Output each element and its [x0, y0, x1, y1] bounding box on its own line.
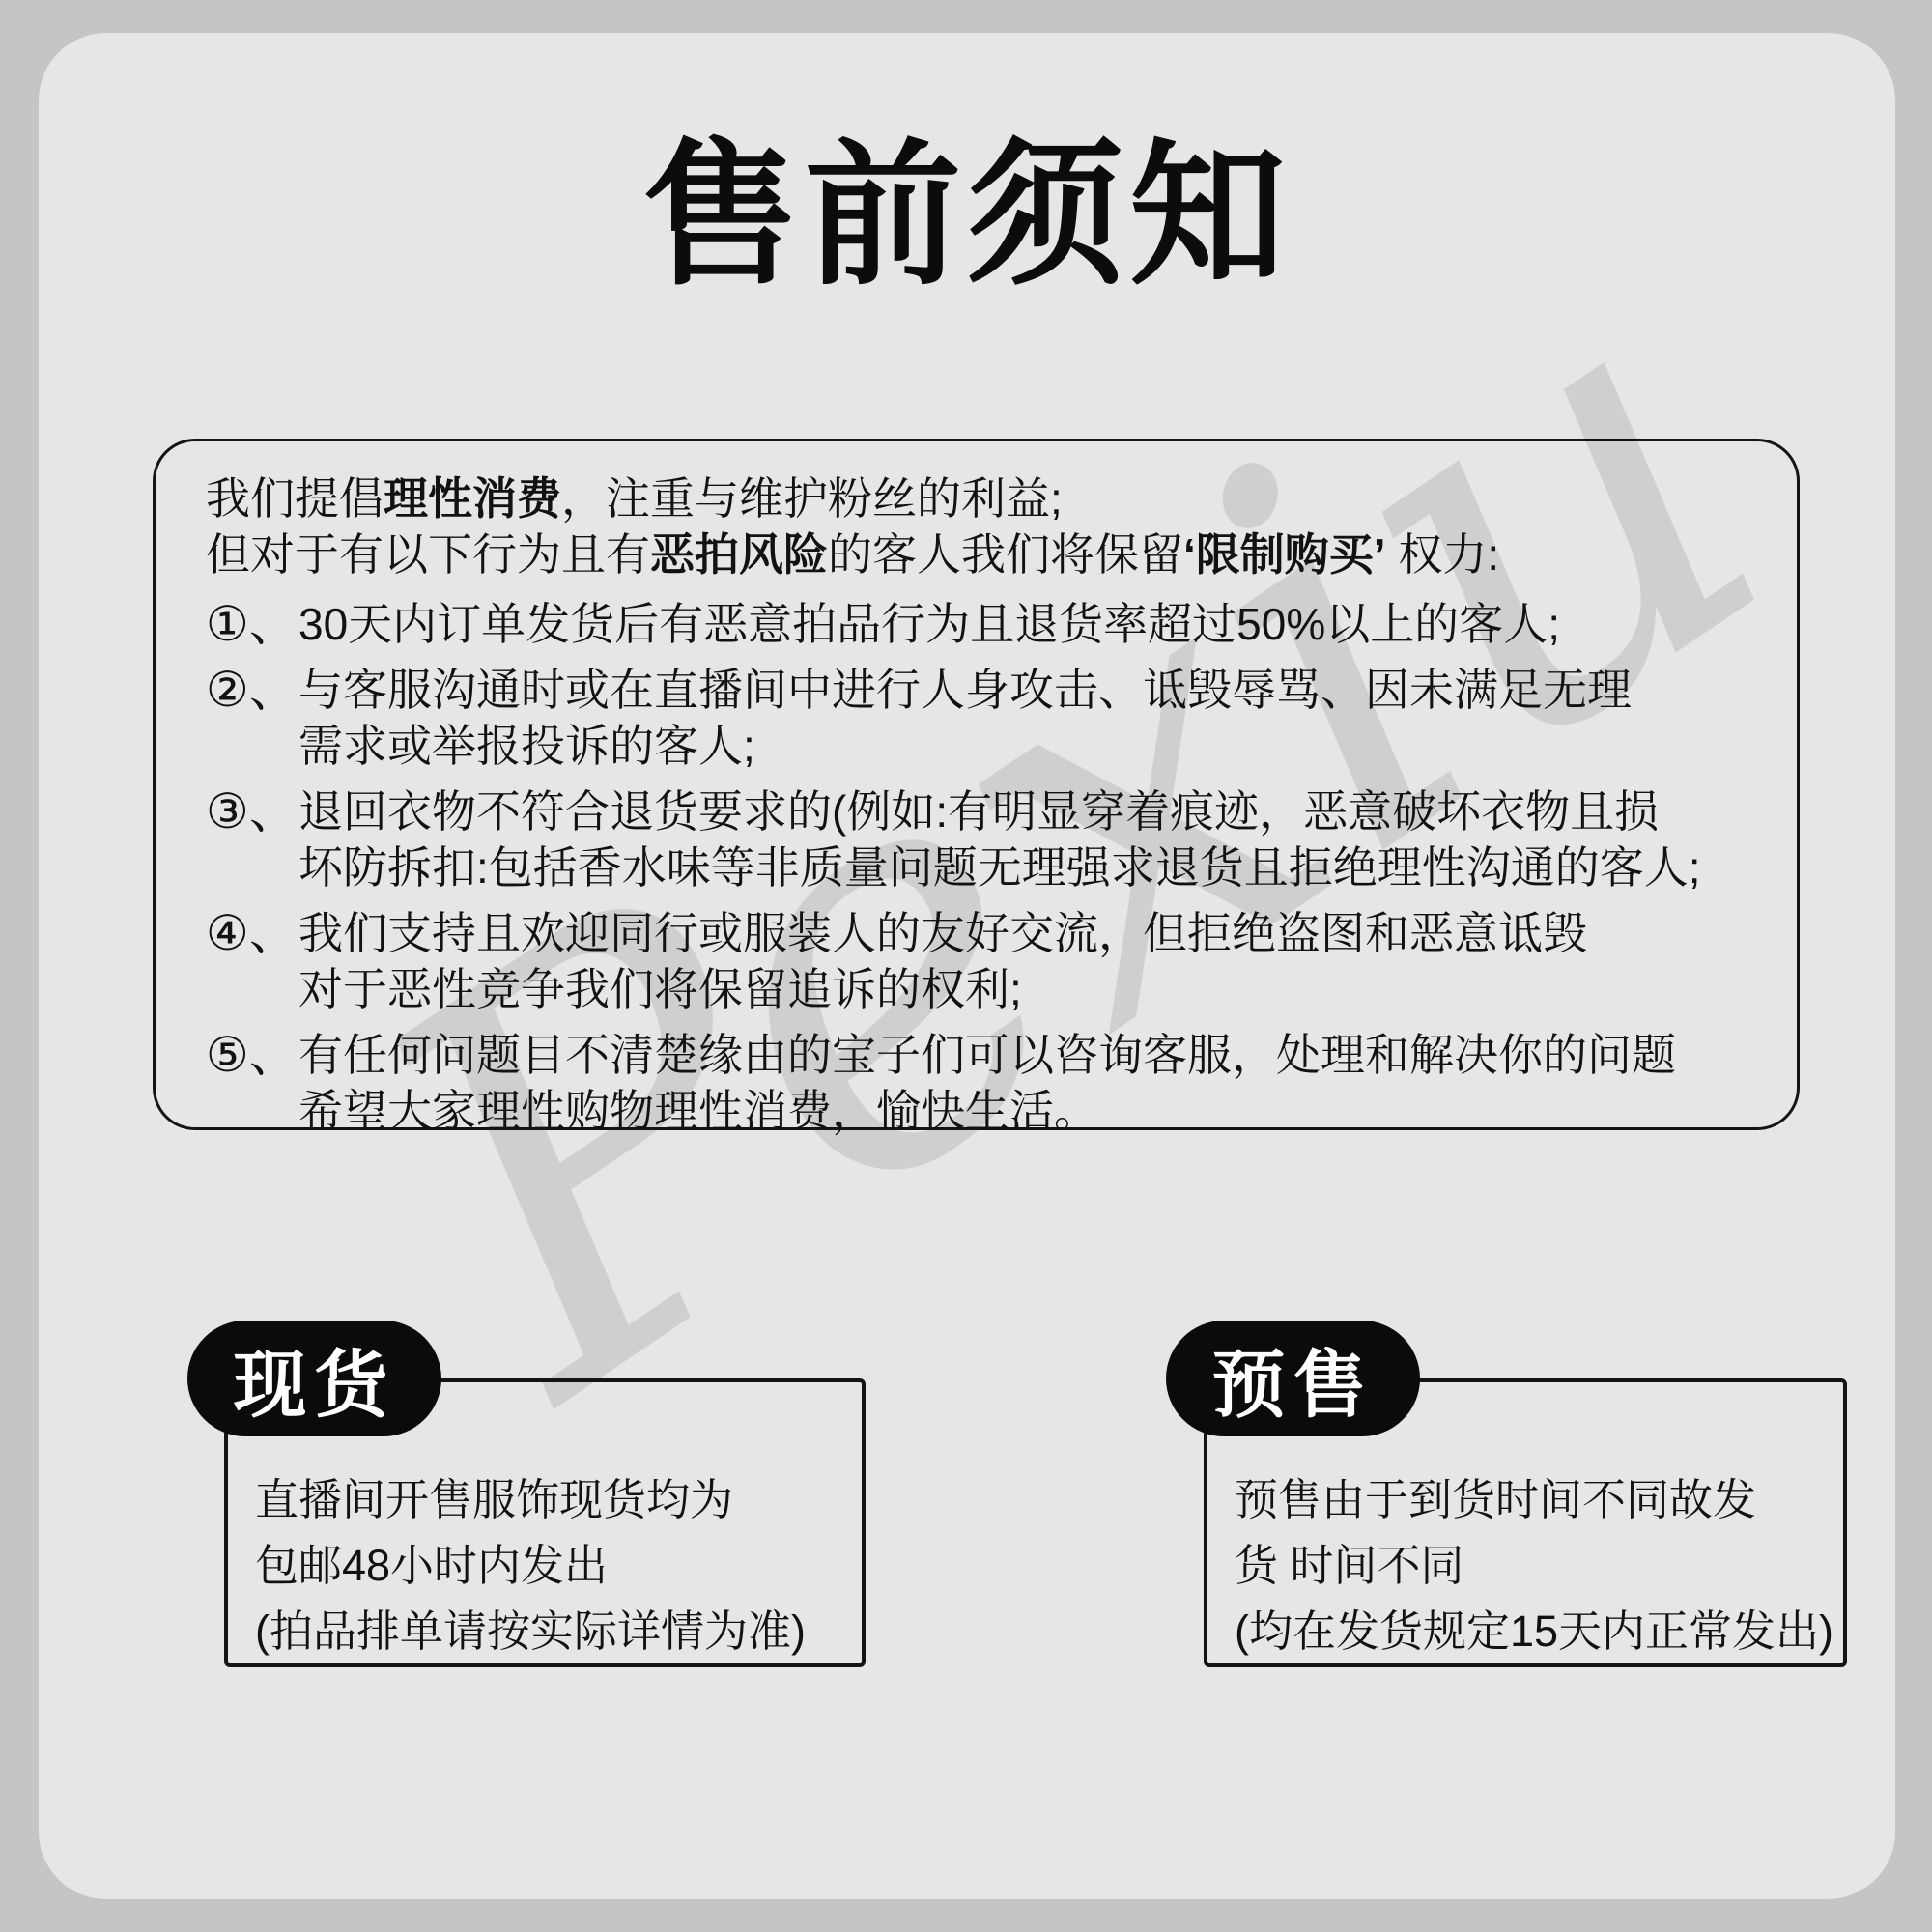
item-line: 坏防拆扣:包括香水味等非质量问题无理强求退货且拒绝理性沟通的客人; — [298, 839, 1701, 895]
in-stock-text: 直播间开售服饰现货均为包邮48小时内发出(拍品排单请按实际详情为准) — [255, 1467, 846, 1664]
notice-item: ④、我们支持且欢迎同行或服装人的友好交流，但拒绝盗图和恶意诋毁对于恶性竞争我们将… — [206, 905, 1768, 1017]
notice-box: 我们提倡理性消费，注重与维护粉丝的利益;但对于有以下行为且有恶拍风险的客人我们将… — [153, 439, 1800, 1130]
item-number: ②、 — [206, 662, 298, 718]
notice-intro: 我们提倡理性消费，注重与维护粉丝的利益;但对于有以下行为且有恶拍风险的客人我们将… — [206, 470, 1768, 582]
notice-item: ②、与客服沟通时或在直播间中进行人身攻击、诋毁辱骂、因未满足无理需求或举报投诉的… — [206, 662, 1768, 774]
notice-item: ①、30天内订单发货后有恶意拍品行为且退货率超过50%以上的客人; — [206, 596, 1768, 652]
notice-item: ③、退回衣物不符合退货要求的(例如:有明显穿着痕迹，恶意破坏衣物且损坏防拆扣:包… — [206, 783, 1768, 895]
pre-sale-card: 预售 预售由于到货时间不同故发货 时间不同(均在发货规定15天内正常发出) — [1166, 1321, 1852, 1688]
in-stock-badge: 现货 — [187, 1321, 441, 1436]
item-number: ①、 — [206, 596, 298, 652]
item-line: 30天内订单发货后有恶意拍品行为且退货率超过50%以上的客人; — [298, 596, 1560, 652]
item-number: ④、 — [206, 905, 298, 961]
info-line: 包邮48小时内发出 — [255, 1533, 846, 1599]
pre-sale-text: 预售由于到货时间不同故发货 时间不同(均在发货规定15天内正常发出) — [1235, 1467, 1828, 1664]
item-line: 退回衣物不符合退货要求的(例如:有明显穿着痕迹，恶意破坏衣物且损 — [298, 783, 1701, 839]
pre-sale-badge: 预售 — [1166, 1321, 1420, 1436]
info-line: 直播间开售服饰现货均为 — [255, 1467, 846, 1533]
notice-items: ①、30天内订单发货后有恶意拍品行为且退货率超过50%以上的客人;②、与客服沟通… — [206, 596, 1768, 1139]
item-number: ⑤、 — [206, 1027, 298, 1083]
item-line: 我们支持且欢迎同行或服装人的友好交流，但拒绝盗图和恶意诋毁 — [298, 905, 1587, 961]
item-number: ③、 — [206, 783, 298, 839]
item-line: 对于恶性竞争我们将保留追诉的权利; — [298, 961, 1587, 1017]
in-stock-card: 现货 直播间开售服饰现货均为包邮48小时内发出(拍品排单请按实际详情为准) — [187, 1321, 873, 1688]
item-line: 希望大家理性购物理性消费，愉快生活。 — [298, 1083, 1676, 1139]
item-line: 与客服沟通时或在直播间中进行人身攻击、诋毁辱骂、因未满足无理 — [298, 662, 1632, 718]
info-line: (均在发货规定15天内正常发出) — [1235, 1599, 1828, 1664]
info-line: (拍品排单请按实际详情为准) — [255, 1599, 846, 1664]
item-line: 有任何问题目不清楚缘由的宝子们可以咨询客服，处理和解决你的问题 — [298, 1027, 1676, 1083]
notice-item: ⑤、有任何问题目不清楚缘由的宝子们可以咨询客服，处理和解决你的问题希望大家理性购… — [206, 1027, 1768, 1139]
notice-intro-line: 但对于有以下行为且有恶拍风险的客人我们将保留‘限制购买’ 权力: — [206, 526, 1768, 582]
info-line: 货 时间不同 — [1235, 1533, 1828, 1599]
page-title: 售前须知 — [39, 91, 1895, 315]
notice-intro-line: 我们提倡理性消费，注重与维护粉丝的利益; — [206, 470, 1768, 526]
poster-card: Pexiu 售前须知 我们提倡理性消费，注重与维护粉丝的利益;但对于有以下行为且… — [39, 33, 1895, 1899]
item-line: 需求或举报投诉的客人; — [298, 718, 1632, 774]
info-line: 预售由于到货时间不同故发 — [1235, 1467, 1828, 1533]
